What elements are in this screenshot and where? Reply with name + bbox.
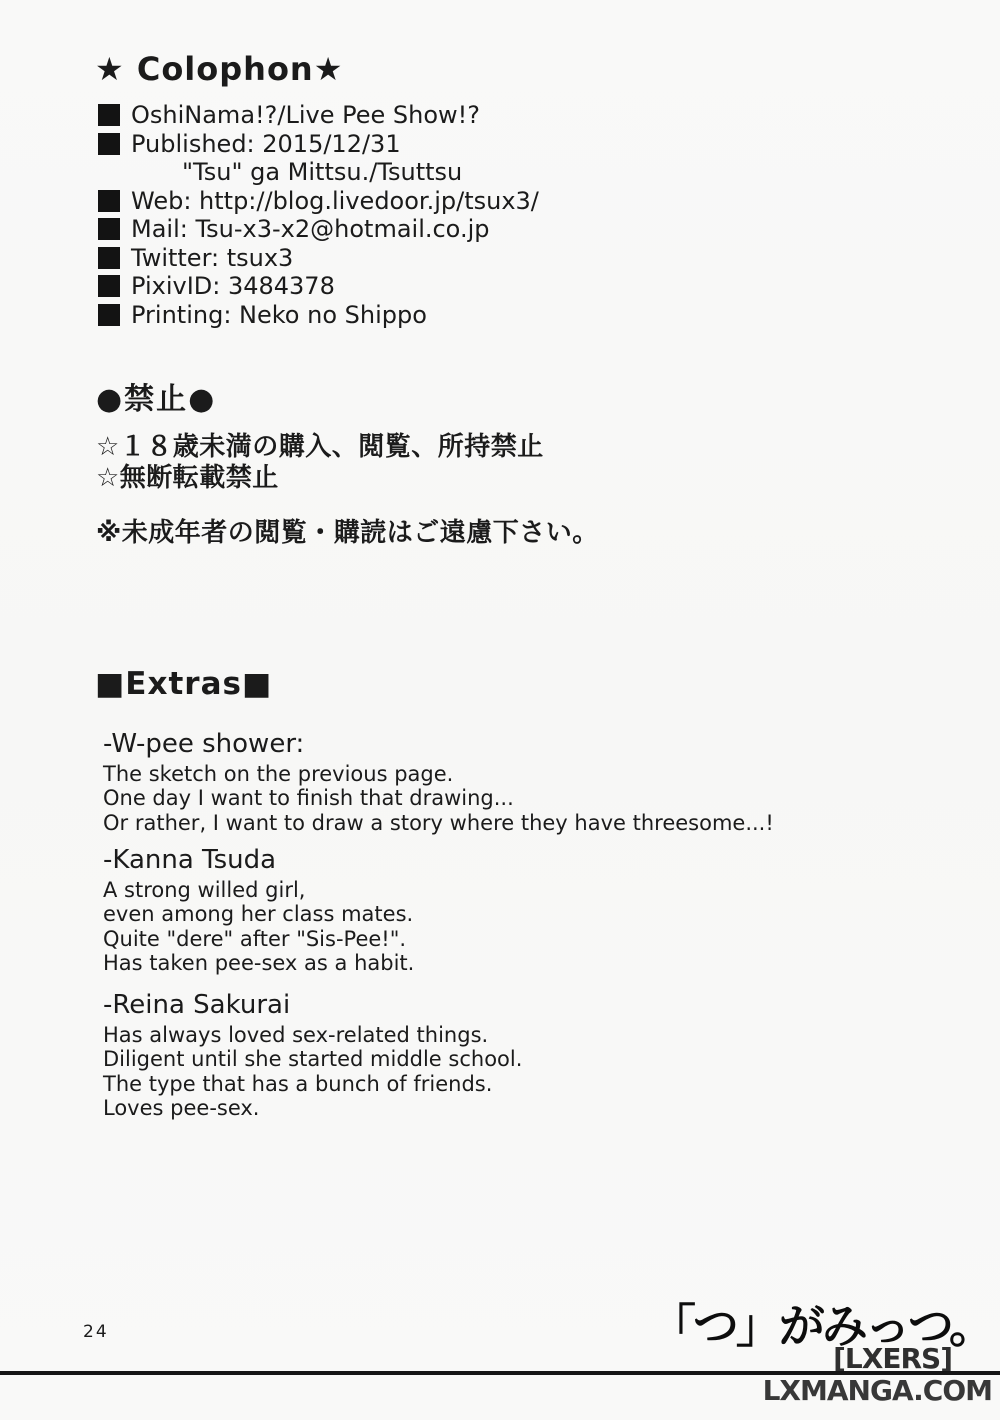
colophon-entry-text: Printing: Neko no Shippo — [131, 301, 427, 329]
colophon-entry: OshiNama!?/Live Pee Show!? — [98, 101, 539, 130]
extras-line: The sketch on the previous page. — [103, 762, 774, 786]
extras-section-reina-sakurai: -Reina Sakurai Has always loved sex-rela… — [103, 990, 522, 1121]
colophon-entry: Twitter: tsux3 — [98, 244, 539, 273]
colophon-entry-text: Twitter: tsux3 — [131, 244, 293, 272]
colophon-entry-text: Published: 2015/12/31 — [131, 130, 401, 158]
colophon-title: ★ Colophon★ — [95, 50, 343, 88]
colophon-entry: Mail: Tsu-x3-x2@hotmail.co.jp — [98, 215, 539, 244]
watermark-lxmanga-site: LXMANGA.COM — [763, 1374, 992, 1407]
bullet-square-icon — [98, 190, 120, 212]
colophon-entry-text: PixivID: 3484378 — [131, 272, 335, 300]
bullet-square-icon — [98, 247, 120, 269]
colophon-entry: Web: http://blog.livedoor.jp/tsux3/ — [98, 187, 539, 216]
prohibition-note: ※未成年者の閲覧・購読はご遠慮下さい。 — [96, 512, 599, 549]
bullet-square-icon — [98, 275, 120, 297]
colophon-list: OshiNama!?/Live Pee Show!? Published: 20… — [98, 101, 539, 329]
colophon-entry-text: OshiNama!?/Live Pee Show!? — [131, 101, 480, 129]
extras-section-w-pee-shower: -W-pee shower: The sketch on the previou… — [103, 729, 774, 835]
colophon-entry-text: "Tsu" ga Mittsu./Tsuttsu — [182, 158, 462, 186]
extras-line: Or rather, I want to draw a story where … — [103, 811, 774, 835]
scan-page: ★ Colophon★ OshiNama!?/Live Pee Show!? P… — [0, 0, 1000, 1420]
colophon-entry: PixivID: 3484378 — [98, 272, 539, 301]
page-number: 24 — [83, 1322, 109, 1342]
extras-line: A strong willed girl, — [103, 878, 414, 902]
colophon-entry: Published: 2015/12/31 — [98, 130, 539, 159]
extras-heading: -Kanna Tsuda — [103, 845, 414, 875]
extras-title: ■Extras■ — [95, 666, 272, 702]
colophon-entry: Printing: Neko no Shippo — [98, 301, 539, 330]
extras-line: Has taken pee-sex as a habit. — [103, 951, 414, 975]
extras-line: Loves pee-sex. — [103, 1096, 522, 1120]
extras-line: Diligent until she started middle school… — [103, 1047, 522, 1071]
extras-line: even among her class mates. — [103, 902, 414, 926]
extras-line: The type that has a bunch of friends. — [103, 1072, 522, 1096]
prohibition-title: ●禁止● — [96, 374, 216, 418]
colophon-entry-text: Mail: Tsu-x3-x2@hotmail.co.jp — [131, 215, 489, 243]
extras-line: One day I want to finish that drawing... — [103, 786, 774, 810]
prohibition-rule: ☆無断転載禁止 — [96, 463, 544, 494]
extras-heading: -W-pee shower: — [103, 729, 774, 759]
bullet-square-icon — [98, 133, 120, 155]
colophon-entry: "Tsu" ga Mittsu./Tsuttsu — [98, 158, 539, 187]
extras-line: Quite "dere" after "Sis-Pee!". — [103, 927, 414, 951]
extras-line: Has always loved sex-related things. — [103, 1023, 522, 1047]
extras-section-kanna-tsuda: -Kanna Tsuda A strong willed girl, even … — [103, 845, 414, 976]
extras-heading: -Reina Sakurai — [103, 990, 522, 1020]
bullet-square-icon — [98, 104, 120, 126]
colophon-entry-text: Web: http://blog.livedoor.jp/tsux3/ — [131, 187, 539, 215]
prohibition-rule: ☆１８歳未満の購入、閲覧、所持禁止 — [96, 432, 544, 463]
prohibition-rules: ☆１８歳未満の購入、閲覧、所持禁止 ☆無断転載禁止 — [96, 432, 544, 494]
bullet-square-icon — [98, 304, 120, 326]
watermark-lxers: [LXERS] — [833, 1342, 952, 1375]
bullet-square-icon — [98, 218, 120, 240]
